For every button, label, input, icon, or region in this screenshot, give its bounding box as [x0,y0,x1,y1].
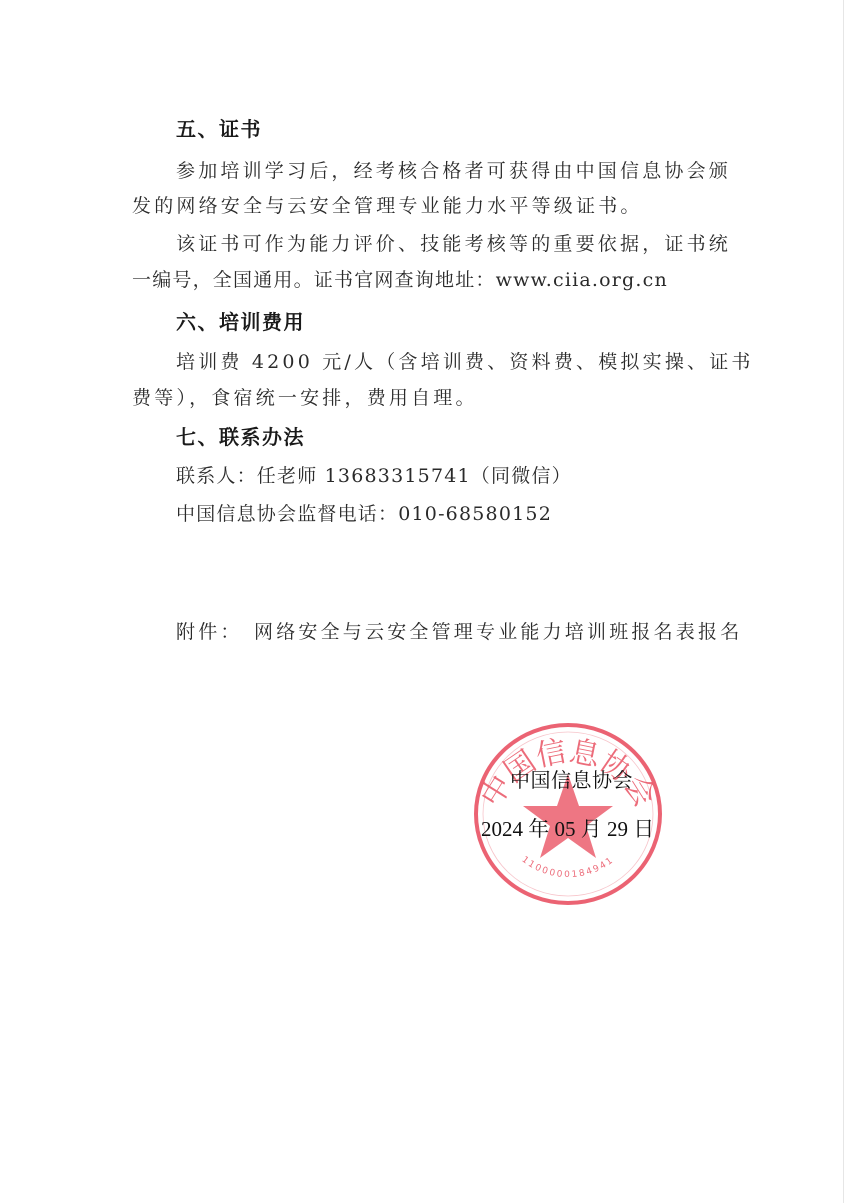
paragraph-line-fee: 培训费 4200 元/人（含培训费、资料费、模拟实操、证书 [176,350,754,374]
attachment-link[interactable]: 网络安全与云安全管理专业能力培训班报名表报名 [254,620,742,644]
section-heading-contact: 七、联系办法 [176,425,305,449]
section-heading-fees: 六、培训费用 [176,310,305,334]
supervision-phone-line: 中国信息协会监督电话：010-68580152 [176,502,552,526]
scan-edge [843,0,844,1203]
attachment-label: 附件： [176,620,243,644]
paragraph-line-website: 一编号，全国通用。证书官网查询地址：www.ciia.org.cn [132,268,668,292]
document-page: 五、证书 参加培训学习后，经考核合格者可获得由中国信息协会颁 发的网络安全与云安… [0,0,850,1203]
paragraph-line: 费等），食宿统一安排，费用自理。 [132,386,478,410]
paragraph-line: 参加培训学习后，经考核合格者可获得由中国信息协会颁 [176,159,731,183]
signature-date: 2024 年 05 月 29 日 [481,813,654,843]
contact-person-line: 联系人：任老师 13683315741（同微信） [176,464,572,488]
section-heading-certificate: 五、证书 [176,117,262,141]
signature-organization: 中国信息协会 [510,764,633,793]
paragraph-line: 发的网络安全与云安全管理专业能力水平等级证书。 [132,194,643,218]
paragraph-line: 该证书可作为能力评价、技能考核等的重要依据，证书统 [176,232,731,256]
seal-serial: 1100000184941 [520,855,617,880]
